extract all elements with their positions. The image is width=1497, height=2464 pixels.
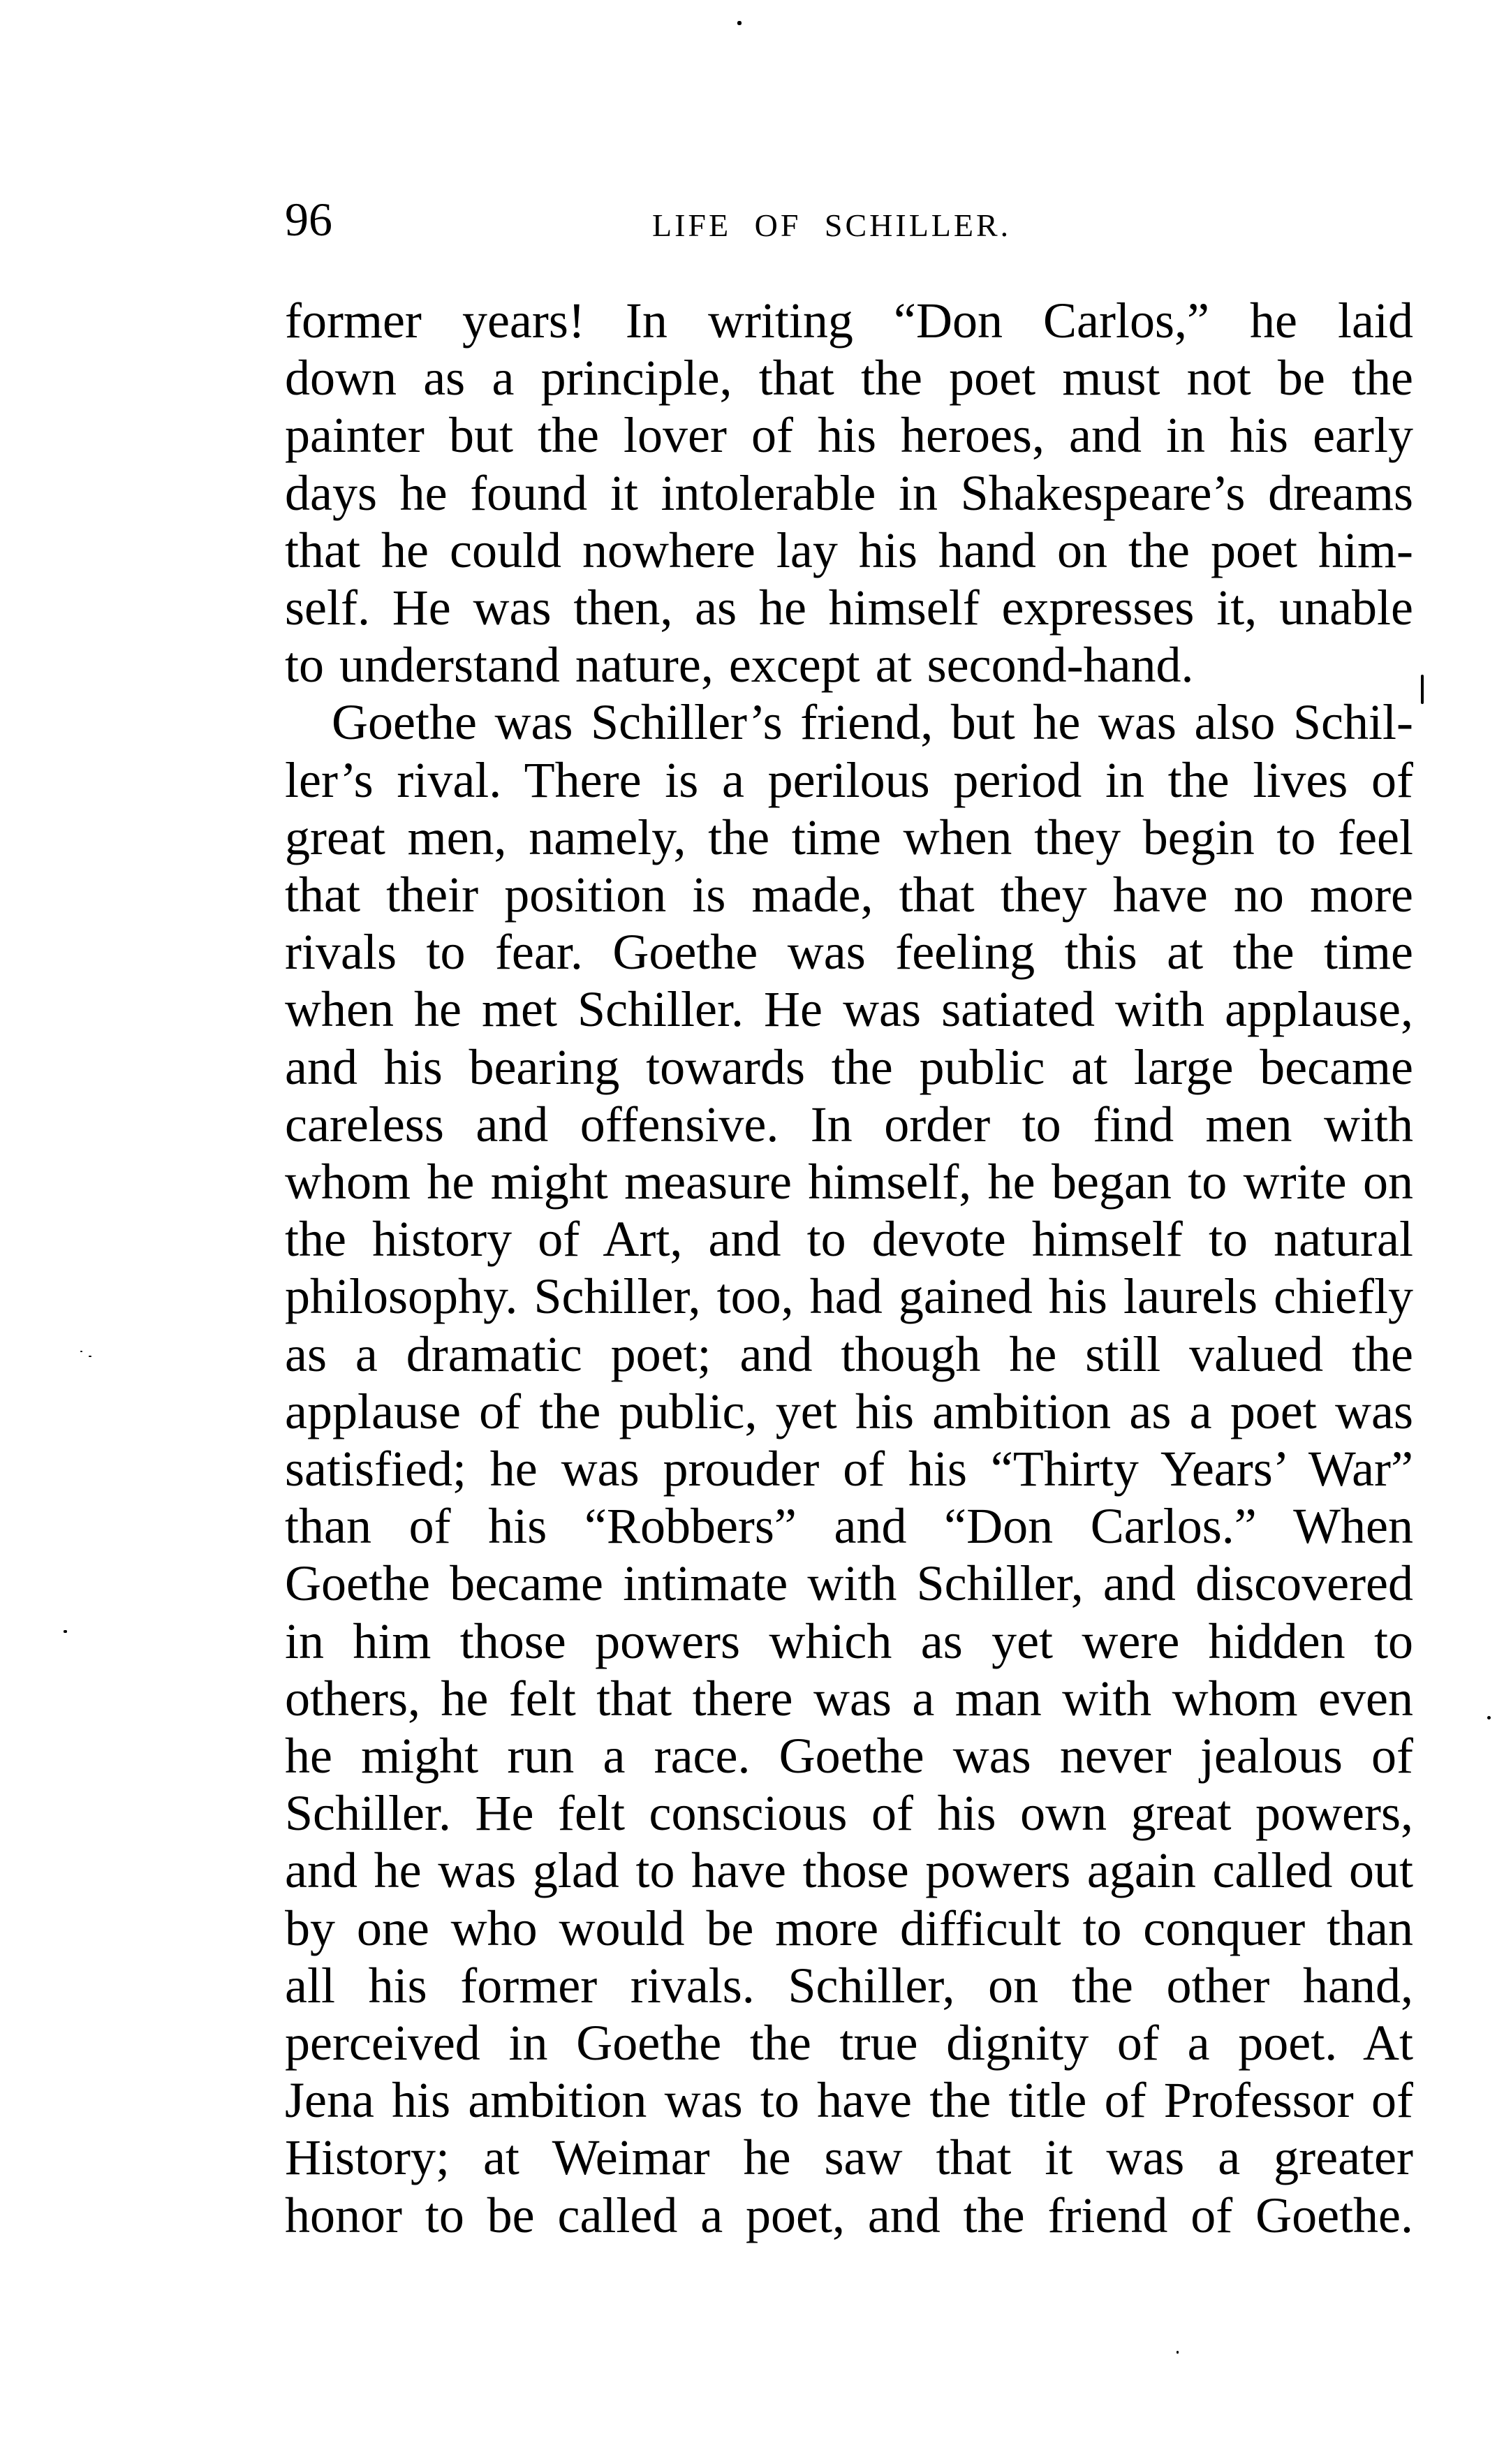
text-line: all his former rivals. Schiller, on the … — [285, 1957, 1413, 2014]
book-page: 96 LIFE OF SCHILLER. former years! In wr… — [0, 0, 1497, 2464]
text-line: former years! In writing “Don Carlos,” h… — [285, 292, 1413, 349]
scan-speck — [1177, 2351, 1179, 2354]
running-head: 96 LIFE OF SCHILLER. — [0, 0, 1497, 279]
text-line: ler’s rival. There is a perilous period … — [285, 751, 1413, 809]
text-line: he might run a race. Goethe was never je… — [285, 1727, 1413, 1784]
scan-speck — [80, 1351, 82, 1352]
text-line: the history of Art, and to devote himsel… — [285, 1210, 1413, 1268]
text-line: Goethe became intimate with Schiller, an… — [285, 1555, 1413, 1612]
text-line: applause of the public, yet his ambition… — [285, 1383, 1413, 1440]
text-line: down as a principle, that the poet must … — [285, 349, 1413, 406]
running-title: LIFE OF SCHILLER. — [652, 206, 1011, 245]
scan-speck — [737, 21, 742, 25]
text-line: rivals to fear. Goethe was feeling this … — [285, 923, 1413, 981]
text-line: than of his “Robbers” and “Don Carlos.” … — [285, 1497, 1413, 1555]
text-line-indented: Goethe was Schiller’s friend, but he was… — [332, 694, 1413, 751]
text-line: others, he felt that there was a man wit… — [285, 1670, 1413, 1727]
text-line: days he found it intolerable in Shakespe… — [285, 464, 1413, 522]
text-line: philosophy. Schiller, too, had gained hi… — [285, 1268, 1413, 1325]
text-line: History; at Weimar he saw that it was a … — [285, 2129, 1413, 2186]
text-line: in him those powers which as yet were hi… — [285, 1613, 1413, 1670]
text-line: as a dramatic poet; and though he still … — [285, 1326, 1413, 1383]
scan-speck — [64, 1630, 67, 1633]
scan-speck — [89, 1356, 91, 1357]
page-number: 96 — [285, 193, 332, 246]
scan-mark — [1421, 675, 1424, 704]
text-line: and he was glad to have those powers aga… — [285, 1842, 1413, 1899]
text-line: honor to be called a poet, and the frien… — [285, 2187, 1413, 2244]
text-line: satisfied; he was prouder of his “Thirty… — [285, 1440, 1413, 1497]
text-line: when he met Schiller. He was satiated wi… — [285, 981, 1413, 1038]
text-line: careless and offensive. In order to find… — [285, 1096, 1413, 1153]
scan-speck — [1487, 1716, 1491, 1719]
text-line: self. He was then, as he himself express… — [285, 579, 1413, 636]
text-line: Schiller. He felt conscious of his own g… — [285, 1784, 1413, 1842]
text-line: that their position is made, that they h… — [285, 866, 1413, 923]
text-line: great men, namely, the time when they be… — [285, 809, 1413, 866]
text-line: that he could nowhere lay his hand on th… — [285, 522, 1413, 579]
text-line: by one who would be more difficult to co… — [285, 1900, 1413, 1957]
text-line: painter but the lover of his heroes, and… — [285, 406, 1413, 464]
text-line: whom he might measure himself, he began … — [285, 1153, 1413, 1210]
text-line: Jena his ambition was to have the title … — [285, 2071, 1413, 2129]
text-line: and his bearing towards the public at la… — [285, 1039, 1413, 1096]
text-line-paragraph-end: to understand nature, except at second-h… — [285, 636, 1413, 694]
text-line: perceived in Goethe the true dignity of … — [285, 2014, 1413, 2071]
